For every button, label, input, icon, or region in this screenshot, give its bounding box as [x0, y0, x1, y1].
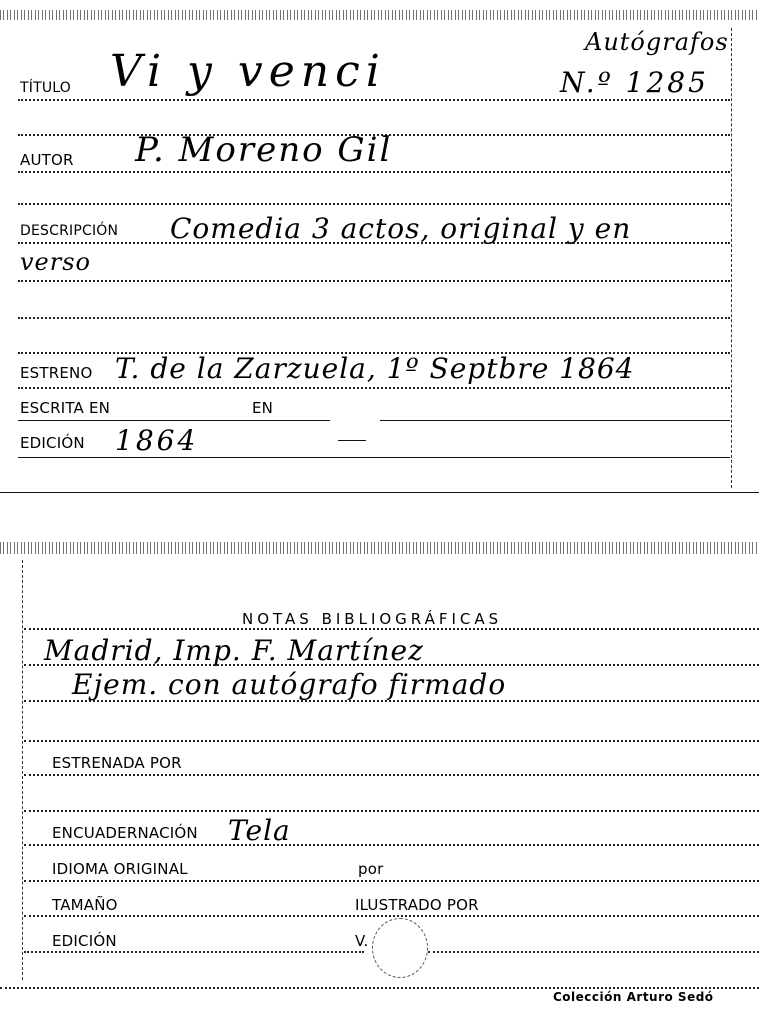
rule-descripcion-2	[18, 280, 730, 282]
label-estrenada-por: ESTRENADA POR	[52, 754, 182, 772]
label-tamano: TAMAÑO	[52, 896, 118, 914]
rule-titulo	[18, 99, 730, 101]
corner-note-number: N.º 1285	[560, 66, 709, 99]
rule-descripcion-3	[18, 317, 730, 319]
collection-footer: Colección Arturo Sedó	[553, 990, 714, 1004]
catalog-card-top: Autógrafos N.º 1285 TÍTULO Vi y venci AU…	[0, 0, 759, 500]
value-edicion: 1864	[115, 424, 198, 457]
rule-descripcion-top	[18, 203, 730, 205]
rule-encuadernacion	[24, 844, 759, 846]
label-descripcion: DESCRIPCIÓN	[20, 223, 118, 239]
card-right-border	[731, 28, 732, 488]
note-line-1: Madrid, Imp. F. Martínez	[44, 634, 424, 667]
rule-note-3	[24, 740, 759, 742]
rule-escrita-en-right	[380, 420, 730, 421]
rule-descripcion	[18, 242, 730, 244]
label-volumen: V.	[355, 932, 369, 950]
label-escrita-en: ESCRITA EN	[20, 399, 110, 417]
label-escrita-en-lugar: EN	[252, 399, 273, 417]
card-left-border	[22, 560, 23, 980]
label-ilustrado-por: ILUSTRADO POR	[355, 896, 479, 914]
rule-edicion-2-left	[24, 951, 364, 953]
value-titulo: Vi y venci	[110, 46, 386, 97]
value-estreno: T. de la Zarzuela, 1º Septbre 1864	[115, 352, 635, 385]
rule-note-2	[24, 700, 759, 702]
corner-note-collection: Autógrafos	[585, 28, 729, 56]
value-autor: P. Moreno Gil	[135, 130, 392, 170]
rule-estrenada-por-2	[24, 810, 759, 812]
label-traducido-por: por	[358, 860, 383, 878]
label-estreno: ESTRENO	[20, 364, 93, 382]
ink-mark	[338, 440, 366, 441]
label-encuadernacion: ENCUADERNACIÓN	[52, 824, 198, 842]
rule-escrita-en-left	[18, 420, 330, 421]
rule-estrenada-por	[24, 774, 759, 776]
label-autor: AUTOR	[20, 151, 74, 169]
value-descripcion: Comedia 3 actos, original y en	[170, 212, 631, 245]
rule-tamano	[24, 915, 759, 917]
rule-autor	[18, 171, 730, 173]
catalog-card-bottom: NOTAS BIBLIOGRÁFICAS Madrid, Imp. F. Mar…	[0, 540, 759, 1028]
paper-damage-spot	[335, 400, 377, 442]
label-edicion: EDICIÓN	[20, 434, 85, 452]
value-descripcion-cont: verso	[20, 248, 91, 276]
rule-idioma	[24, 880, 759, 882]
rule-edicion	[18, 457, 730, 458]
value-encuadernacion: Tela	[228, 814, 291, 847]
card-separator	[0, 492, 759, 493]
rule-bottom	[0, 987, 759, 989]
notes-heading: NOTAS BIBLIOGRÁFICAS	[242, 610, 502, 628]
note-line-2: Ejem. con autógrafo firmado	[72, 668, 506, 701]
rule-estreno	[18, 387, 730, 389]
rule-notes-heading	[24, 628, 759, 630]
label-edicion-2: EDICIÓN	[52, 932, 117, 950]
rule-note-1	[24, 664, 759, 666]
paper-damage-spot-2	[372, 918, 428, 978]
rule-edicion-2-right	[428, 951, 759, 953]
label-idioma-original: IDIOMA ORIGINAL	[52, 860, 188, 878]
label-titulo: TÍTULO	[20, 80, 71, 96]
